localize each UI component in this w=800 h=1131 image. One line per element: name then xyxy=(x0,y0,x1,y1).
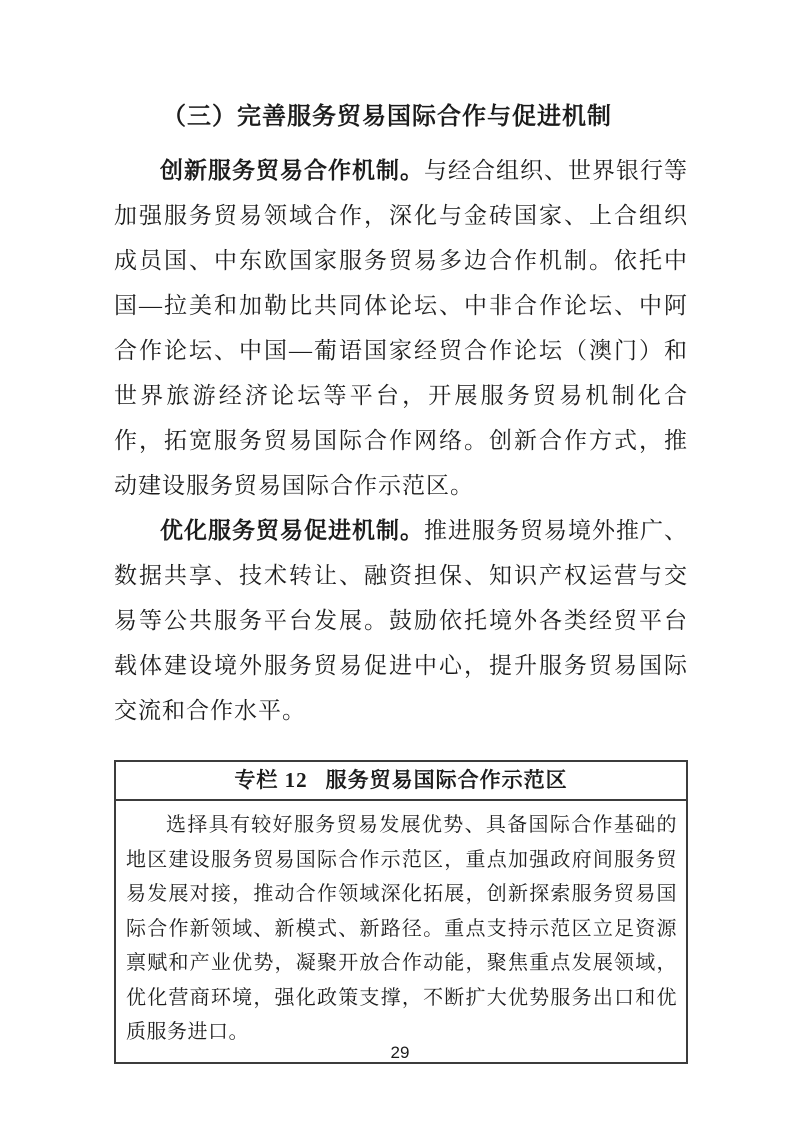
section-heading: （三）完善服务贸易国际合作与促进机制 xyxy=(114,100,688,134)
callout-box-column-12: 专栏 12服务贸易国际合作示范区 选择具有较好服务贸易发展优势、具备国际合作基础… xyxy=(114,760,688,1064)
paragraph-text: 推进服务贸易境外推广、数据共享、技术转让、融资担保、知识产权运营与交易等公共服务… xyxy=(114,518,688,723)
callout-box-body: 选择具有较好服务贸易发展优势、具备国际合作基础的地区建设服务贸易国际合作示范区，… xyxy=(116,801,686,1062)
page-number: 29 xyxy=(0,1043,800,1063)
paragraph-text: 与经合组织、世界银行等加强服务贸易领域合作，深化与金砖国家、上合组织成员国、中东… xyxy=(114,158,688,498)
paragraph-optimize-promotion: 优化服务贸易促进机制。推进服务贸易境外推广、数据共享、技术转让、融资担保、知识产… xyxy=(114,508,688,733)
document-content: （三）完善服务贸易国际合作与促进机制 创新服务贸易合作机制。与经合组织、世界银行… xyxy=(114,100,688,1064)
callout-box-title-label: 专栏 12 xyxy=(234,768,307,792)
callout-box-title-text: 服务贸易国际合作示范区 xyxy=(326,768,568,792)
paragraph-lead: 创新服务贸易合作机制。 xyxy=(160,158,424,183)
paragraph-innovate-cooperation: 创新服务贸易合作机制。与经合组织、世界银行等加强服务贸易领域合作，深化与金砖国家… xyxy=(114,148,688,508)
paragraph-lead: 优化服务贸易促进机制。 xyxy=(160,518,424,543)
callout-box-title: 专栏 12服务贸易国际合作示范区 xyxy=(116,762,686,801)
